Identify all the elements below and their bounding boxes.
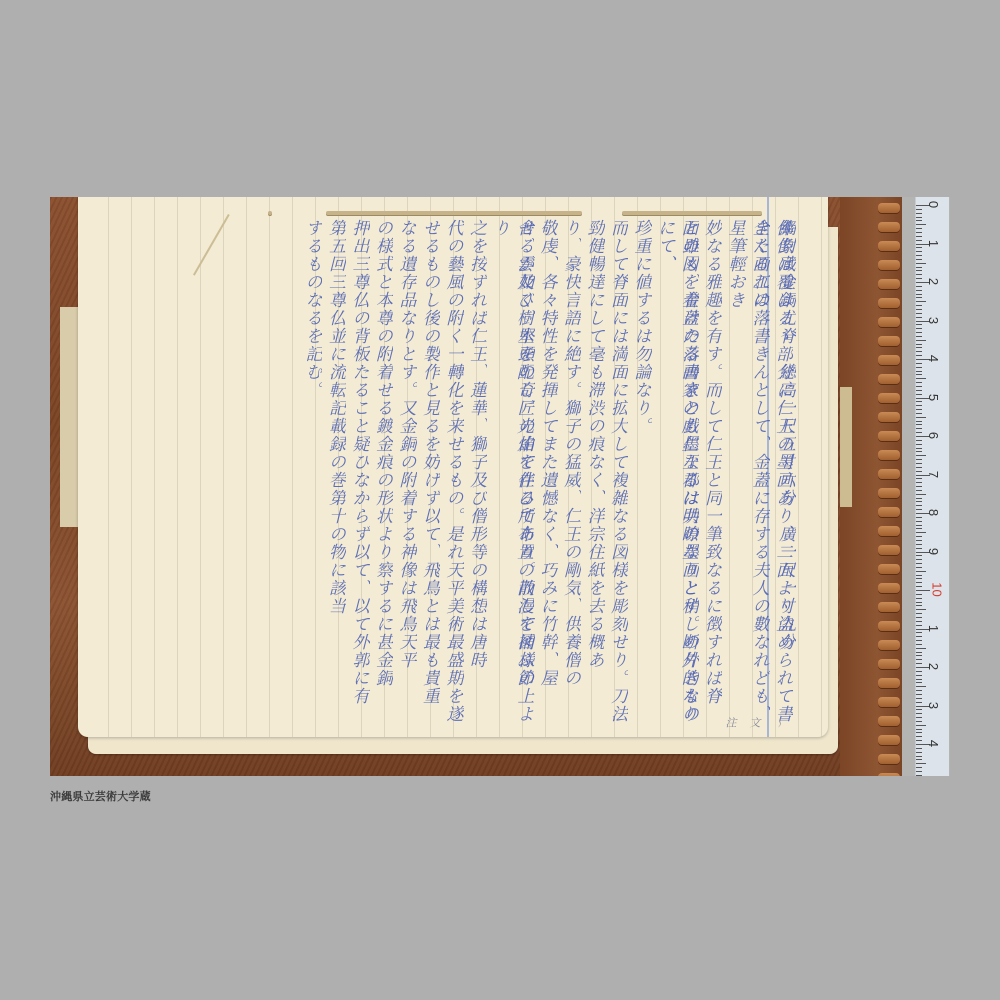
lace-stitch — [878, 393, 900, 403]
lace-stitch — [878, 488, 900, 498]
lace-stitch — [878, 431, 900, 441]
ruler-tick — [916, 386, 922, 387]
ruler-tick — [916, 417, 926, 418]
ruler-tick — [916, 290, 922, 291]
ruler-label: 10 — [930, 582, 945, 596]
ruler-tick — [916, 413, 922, 414]
lace-stitch — [878, 659, 900, 669]
ruler-label: 4 — [926, 355, 941, 362]
ruler-tick — [916, 555, 922, 556]
ruler-tick — [916, 240, 922, 241]
ruler-tick — [916, 640, 922, 641]
ruler-tick — [916, 213, 922, 214]
ruler-tick — [916, 617, 922, 618]
handwritten-column: 之を按ずれば仁王、蓮華、獅子及び僧形等の構想は唐時 — [464, 219, 488, 729]
ruler-tick — [916, 659, 922, 660]
ruler-tick — [916, 563, 922, 564]
ruler-tick — [916, 636, 922, 637]
ruler-tick — [916, 652, 922, 653]
ruler-tick — [916, 598, 922, 599]
ruler-tick — [916, 355, 922, 356]
ruler-tick — [916, 301, 926, 302]
lace-stitch — [878, 241, 900, 251]
ruler-tick — [916, 759, 922, 760]
lace-stitch — [878, 678, 900, 688]
handwritten-column: 敬虔、各々特性を発揮してまた遺憾なく、巧みに竹幹、屋 — [535, 219, 559, 729]
ruler-tick — [916, 725, 926, 726]
ruler-tick — [916, 679, 922, 680]
lace-stitch — [878, 697, 900, 707]
ruler-tick — [916, 698, 922, 699]
ruler-tick — [916, 729, 922, 730]
ruler-tick — [916, 236, 922, 237]
ruler-tick — [916, 209, 922, 210]
ruler-tick — [916, 267, 922, 268]
lace-stitch — [878, 317, 900, 327]
ruler-tick — [916, 278, 922, 279]
ruler-tick — [916, 613, 922, 614]
ruler-tick — [916, 586, 922, 587]
ruler-tick — [916, 763, 926, 764]
ruler-tick — [916, 351, 922, 352]
ruler-label: 5 — [926, 393, 941, 400]
ruler-tick — [916, 675, 922, 676]
ruler-tick — [916, 263, 926, 264]
ruler-tick — [916, 501, 922, 502]
handwritten-column: せるものし後の製作と見るを妨げず以て、飛鳥とは最も貴重 — [417, 219, 441, 729]
ruler-tick — [916, 736, 922, 737]
lace-stitch — [878, 564, 900, 574]
lace-stitch — [878, 469, 900, 479]
ruler-label: 6 — [926, 432, 941, 439]
ruler-tick — [916, 305, 922, 306]
inner-flap-right — [840, 387, 852, 507]
ruler-tick — [916, 721, 922, 722]
handwritten-column: するものなるを記む。 — [300, 219, 324, 729]
ruler-tick — [916, 540, 922, 541]
ruler-tick — [916, 405, 922, 406]
ruler-label: 0 — [926, 201, 941, 208]
lace-stitch — [878, 583, 900, 593]
ruler-tick — [916, 363, 922, 364]
handwritten-column: 珍重に値するは勿論なり。 — [629, 219, 653, 729]
handwritten-column: 全く画工の落書きんとして、金蓋に存する夫人の數なれども、星筆輕おき — [723, 219, 771, 729]
ruler-tick — [916, 567, 922, 568]
ruler-tick — [916, 367, 922, 368]
ruler-tick — [916, 521, 922, 522]
measuring-ruler: 0123456789101234 — [915, 197, 949, 776]
lace-stitch — [878, 374, 900, 384]
ruler-tick — [916, 317, 922, 318]
ruler-tick — [916, 594, 922, 595]
ruler-tick — [916, 748, 922, 749]
ruler-tick — [916, 690, 922, 691]
handwritten-column: り、豪快言語に絶す。獅子の猛威、仁王の剛気、供養僧の — [558, 219, 582, 729]
ruler-tick — [916, 490, 922, 491]
ruler-tick — [916, 451, 922, 452]
lace-stitch — [878, 450, 900, 460]
ruler-tick — [916, 255, 922, 256]
ruler-tick — [916, 471, 922, 472]
ruler-tick — [916, 605, 922, 606]
ruler-tick — [916, 709, 922, 710]
collection-caption: 沖縄県立芸術大学蔵 — [50, 788, 151, 804]
ruler-tick — [916, 559, 922, 560]
ruler-tick — [916, 740, 922, 741]
ruler-tick — [916, 340, 926, 341]
ruler-tick — [916, 544, 922, 545]
ruler-tick — [916, 455, 926, 456]
lace-stitch — [878, 773, 900, 776]
ruler-tick — [916, 224, 926, 225]
ruler-tick — [916, 582, 922, 583]
ruler-tick — [916, 332, 922, 333]
handwritten-column: 代の藝風の附く一轉化を来せるもの。是れ天平美術最盛期を遂 — [441, 219, 465, 729]
ruler-tick — [916, 286, 922, 287]
ruler-tick — [916, 444, 922, 445]
ruler-tick — [916, 232, 922, 233]
ruler-tick — [916, 432, 922, 433]
ruler-tick — [916, 382, 922, 383]
ruler-tick — [916, 401, 922, 402]
lace-stitch — [878, 621, 900, 631]
notebook-page: 網封蔵金銅尤脊 總高一尺五寸六分 廣一尺一寸九分 佛像は覆はるゝ部分に仁王の墨画… — [78, 197, 828, 737]
ruler-tick — [916, 347, 922, 348]
ruler-tick — [916, 702, 922, 703]
ruler-tick — [916, 671, 922, 672]
lace-stitch — [878, 298, 900, 308]
ruler-tick — [916, 713, 922, 714]
ruler-tick — [916, 274, 922, 275]
ruler-tick — [916, 259, 922, 260]
handwritten-column: 勁健暢達にして毫も滞渋の痕なく、洋宗住紙を去る概あ — [582, 219, 606, 729]
ruler-tick — [916, 509, 922, 510]
ruler-tick — [916, 378, 926, 379]
ruler-tick — [916, 220, 922, 221]
ruler-tick — [916, 732, 922, 733]
ruler-tick — [916, 374, 922, 375]
ruler-tick — [916, 775, 922, 776]
ruler-tick — [916, 682, 922, 683]
ruler-tick — [916, 467, 922, 468]
lace-stitch — [878, 222, 900, 232]
handwritten-column: 而して脊面には満面に拡大して複雑なる図様を彫刻せり。刀法 — [605, 219, 629, 729]
lace-stitch — [878, 754, 900, 764]
ruler-tick — [916, 505, 922, 506]
ruler-tick — [916, 251, 922, 252]
lace-stitch — [878, 355, 900, 365]
ruler-tick — [916, 571, 926, 572]
ruler-tick — [916, 294, 922, 295]
ruler-tick — [916, 217, 922, 218]
ruler-label: 3 — [926, 701, 941, 708]
ruler-tick — [916, 767, 922, 768]
ruler-tick — [916, 478, 922, 479]
ruler-tick — [916, 602, 922, 603]
handwritten-column: なる遺存品なりとす。又金銅の附着する神像は飛鳥天平 — [394, 219, 418, 729]
ruler-tick — [916, 590, 930, 591]
ruler-tick — [916, 686, 926, 687]
ruler-tick — [916, 309, 922, 310]
ruler-tick — [916, 717, 922, 718]
ruler-tick — [916, 609, 926, 610]
ruler-tick — [916, 517, 922, 518]
ruler-tick — [916, 575, 922, 576]
lace-stitch — [878, 602, 900, 612]
lace-stitch — [878, 545, 900, 555]
ruler-tick — [916, 498, 922, 499]
ruler-tick — [916, 648, 926, 649]
lace-stitch — [878, 735, 900, 745]
lace-stitch — [878, 279, 900, 289]
ruler-tick — [916, 297, 922, 298]
ruler-tick — [916, 655, 922, 656]
ruler-tick — [916, 644, 922, 645]
ruler-tick — [916, 324, 922, 325]
ruler-tick — [916, 578, 922, 579]
ruler-tick — [916, 328, 922, 329]
handwritten-column: と雖も、金蓋の落書きとも仁王郡は共の墨画と稍しの外きものにて、 — [652, 219, 700, 729]
handwritten-column: の様式と本尊の附着せる鍍金痕の形状より察するに甚金銅 — [370, 219, 394, 729]
ruler-tick — [916, 390, 922, 391]
loose-thread — [193, 214, 230, 276]
handwritten-column: 妙なる雅趣を有す。而して仁王と同一筆致なるに徴すれば脊 — [699, 219, 723, 729]
ruler-tick — [916, 448, 922, 449]
document-photograph: 網封蔵金銅尤脊 總高一尺五寸六分 廣一尺一寸九分 佛像は覆はるゝ部分に仁王の墨画… — [50, 197, 950, 776]
ruler-tick — [916, 344, 922, 345]
ruler-tick — [916, 625, 922, 626]
ruler-tick — [916, 247, 922, 248]
ruler-tick — [916, 621, 922, 622]
ruler-tick — [916, 548, 922, 549]
ruler-label: 7 — [926, 470, 941, 477]
ruler-tick — [916, 270, 922, 271]
ruler-tick — [916, 486, 922, 487]
ruler-tick — [916, 336, 922, 337]
lace-stitch — [878, 412, 900, 422]
ruler-tick — [916, 494, 926, 495]
handwritten-column: 第五回三尊仏並に流転記載録の巻第十の物に該当 — [323, 219, 347, 729]
ruler-tick — [916, 532, 926, 533]
ruler-label: 2 — [926, 663, 941, 670]
ruler-tick — [916, 371, 922, 372]
ruler-tick — [916, 459, 922, 460]
ruler-label: 2 — [926, 278, 941, 285]
ruler-tick — [916, 525, 922, 526]
lace-stitch — [878, 203, 900, 213]
lace-stitch — [878, 260, 900, 270]
lace-stitch — [878, 526, 900, 536]
bottom-note: 〜 文 注 — [718, 717, 790, 737]
ruler-tick — [916, 756, 922, 757]
ruler-tick — [916, 663, 922, 664]
lace-stitch — [878, 640, 900, 650]
ruler-tick — [916, 771, 922, 772]
ruler-tick — [916, 421, 922, 422]
handwritten-column: せるが如く、堅頭の奇匠の由て在る所あり。而して図様の上より — [488, 219, 536, 729]
ruler-tick — [916, 632, 922, 633]
stitch-mark — [268, 211, 272, 215]
ruler-tick — [916, 536, 922, 537]
ruler-tick — [916, 228, 922, 229]
lace-stitch — [878, 507, 900, 517]
ruler-tick — [916, 694, 922, 695]
lace-stitch — [878, 336, 900, 346]
ruler-tick — [916, 482, 922, 483]
ruler-tick — [916, 440, 922, 441]
binding-thread — [622, 211, 762, 215]
ruler-label: 1 — [926, 624, 941, 631]
ruler-label: 4 — [926, 740, 941, 747]
ruler-label: 3 — [926, 316, 941, 323]
ruler-tick — [916, 424, 922, 425]
ruler-tick — [916, 313, 922, 314]
ruler-tick — [916, 428, 922, 429]
handwritten-column: 押出三尊仏の背板たること疑ひなからず以て、以て外郭に有 — [347, 219, 371, 729]
ruler-tick — [916, 394, 922, 395]
ruler-label: 1 — [926, 239, 941, 246]
ruler-tick — [916, 752, 922, 753]
lace-stitch — [878, 716, 900, 726]
ruler-tick — [916, 463, 922, 464]
ruler-tick — [916, 409, 922, 410]
ruler-tick — [916, 528, 922, 529]
ruler-label: 9 — [926, 547, 941, 554]
ruler-label: 8 — [926, 509, 941, 516]
binding-thread — [326, 211, 582, 215]
